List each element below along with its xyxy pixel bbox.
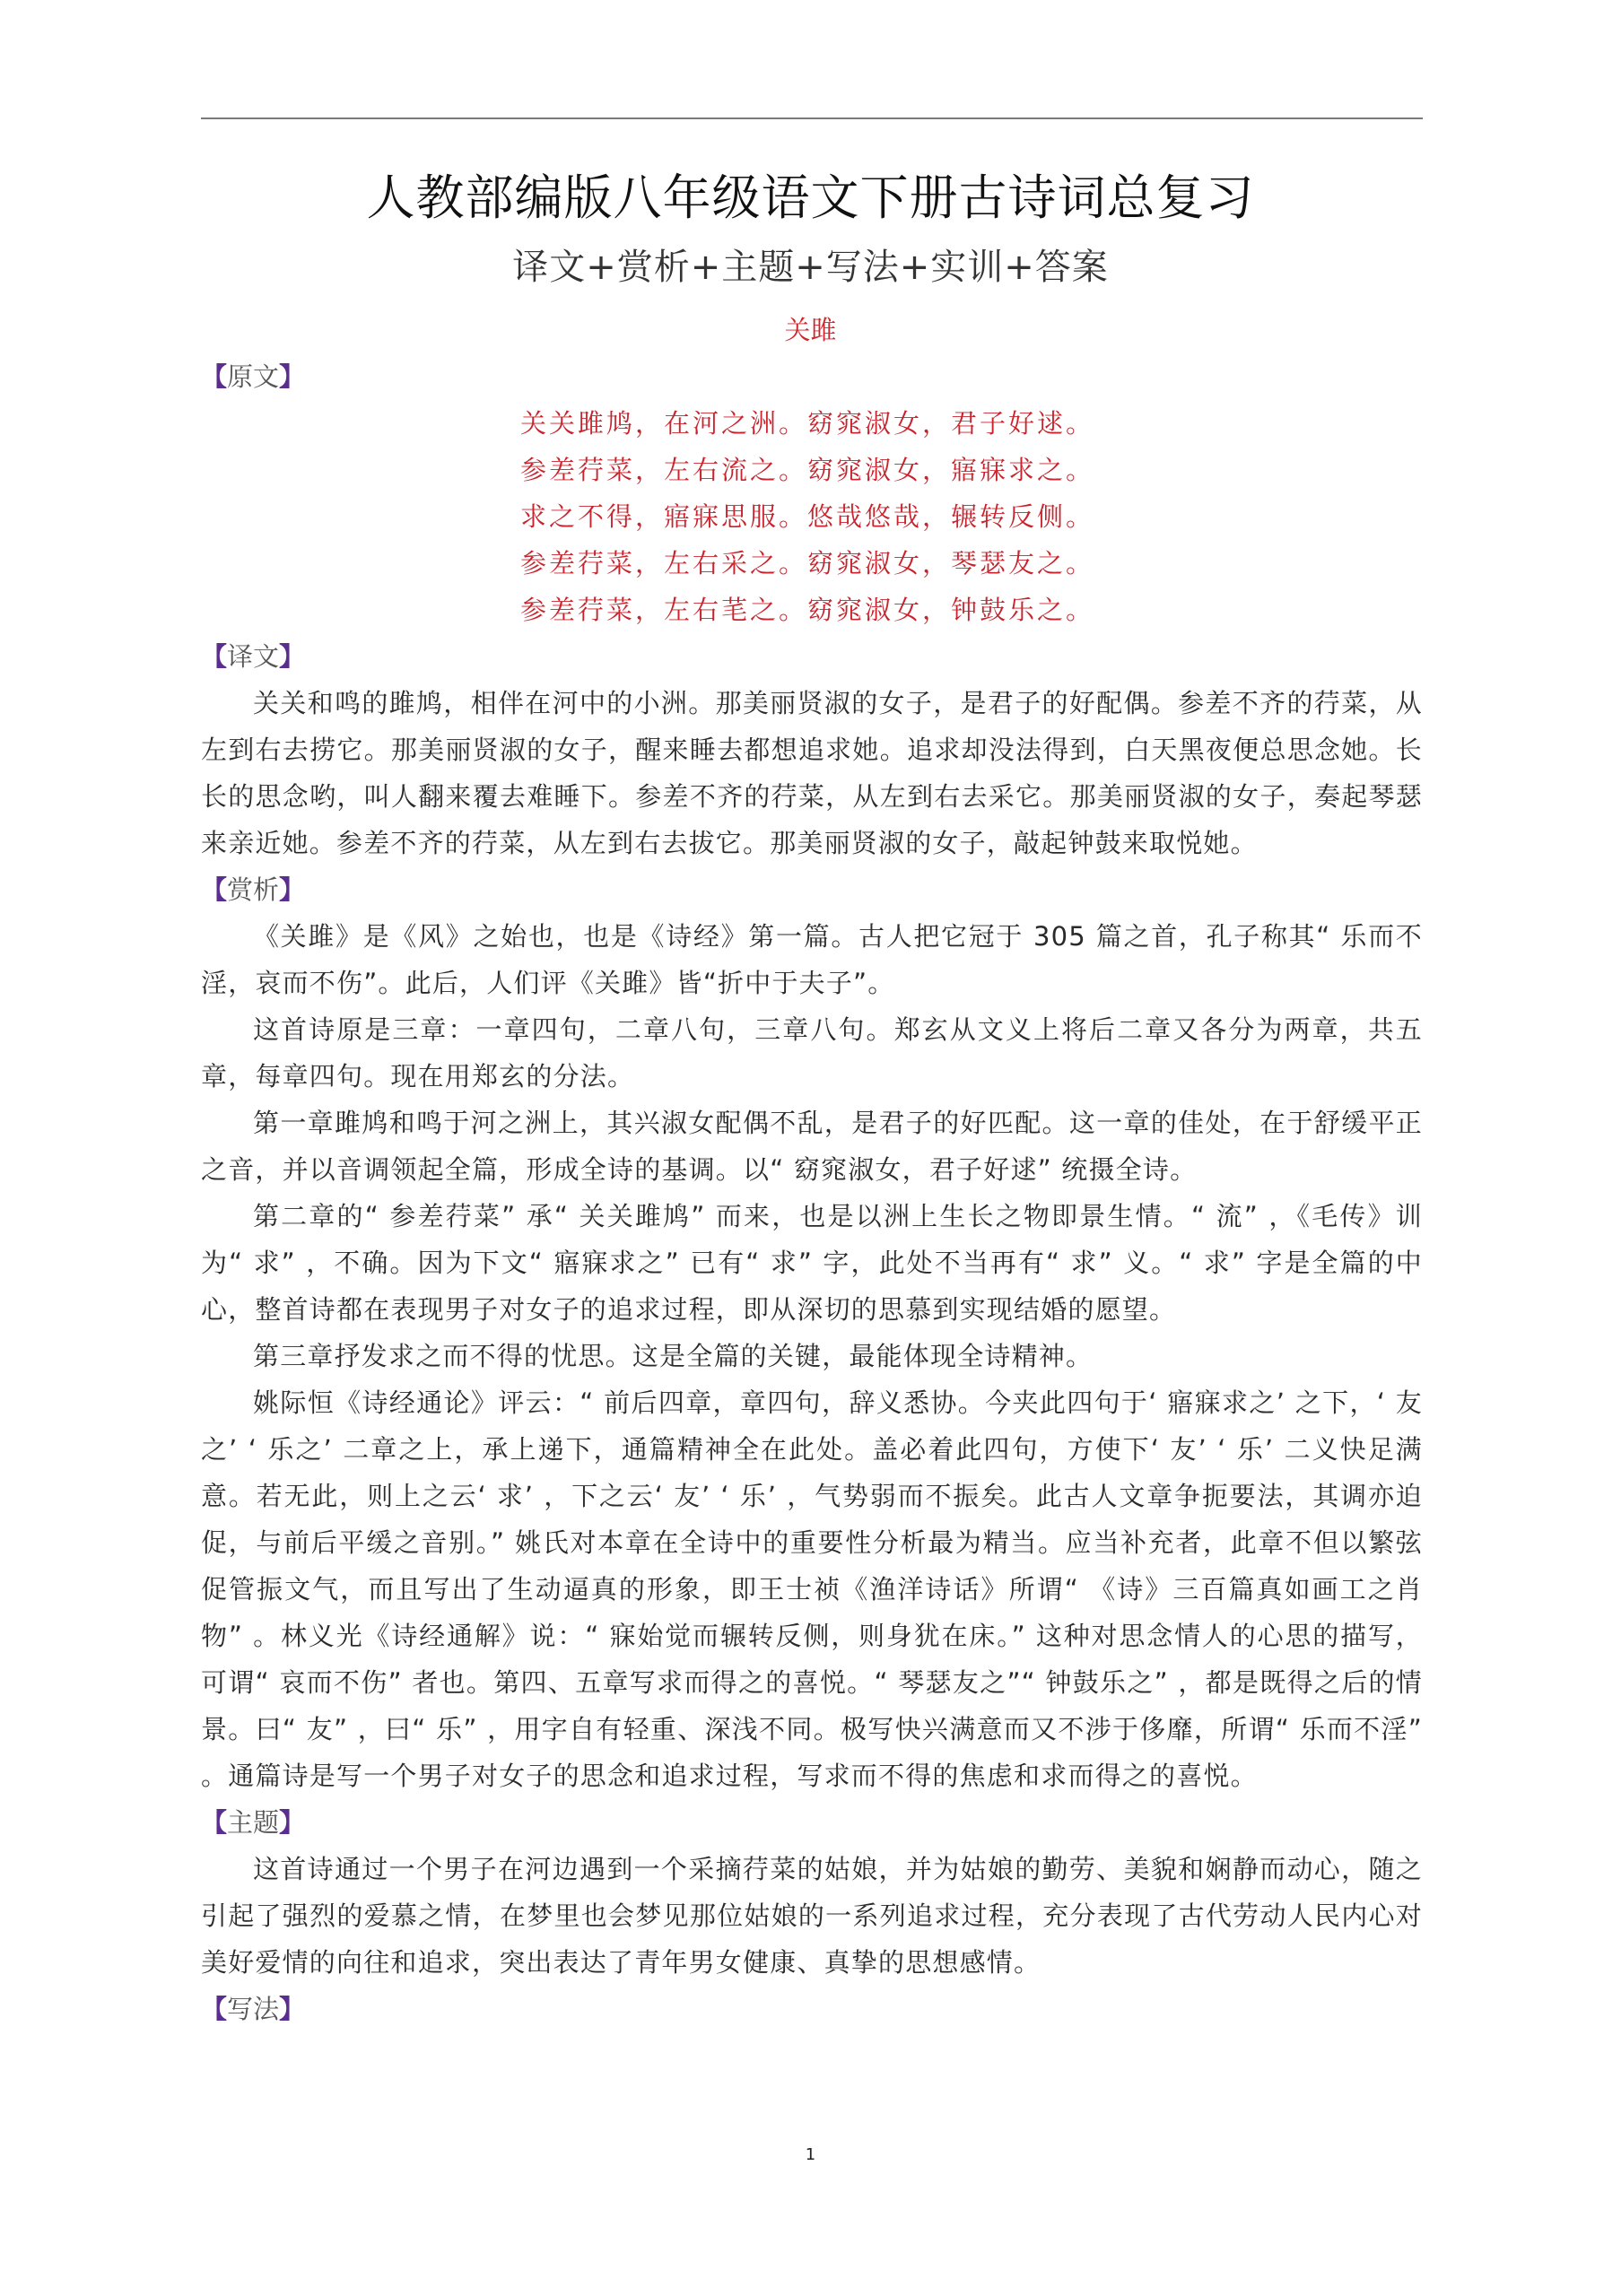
translation-paragraph: 关关和鸣的雎鸠，相伴在河中的小洲。那美丽贤淑的女子，是君子的好配偶。参差不齐的荇… [201, 680, 1423, 866]
theme-paragraph: 这首诗通过一个男子在河边遇到一个采摘荇菜的姑娘，并为姑娘的勤劳、美貌和娴静而动心… [201, 1846, 1423, 1986]
poem-text: 关关雎鸠，在河之洲。窈窕淑女，君子好逑。 参差荇菜，左右流之。窈窕淑女，寤寐求之… [201, 400, 1423, 633]
bracket-close: 】 [279, 361, 305, 392]
label-text: 原文 [227, 361, 279, 392]
label-text: 写法 [227, 1994, 279, 2024]
document-page: 人教部编版八年级语文下册古诗词总复习 译文+赏析+主题+写法+实训+答案 关雎 … [0, 0, 1621, 2296]
bracket-close: 】 [279, 1994, 305, 2024]
poem-line: 参差荇菜，左右芼之。窈窕淑女，钟鼓乐之。 [520, 587, 1423, 633]
label-text: 赏析 [227, 874, 279, 905]
bracket-close: 】 [279, 641, 305, 672]
appreciation-paragraph: 第一章雎鸠和鸣于河之洲上，其兴淑女配偶不乱，是君子的好匹配。这一章的佳处，在于舒… [201, 1100, 1423, 1193]
header-rule [201, 117, 1423, 119]
section-label-theme: 【主题】 [201, 1799, 1423, 1846]
section-label-translation: 【译文】 [201, 633, 1423, 680]
page-number: 1 [0, 2145, 1621, 2164]
poem-line: 参差荇菜，左右采之。窈窕淑女，琴瑟友之。 [520, 540, 1423, 587]
appreciation-paragraph: 姚际恒《诗经通论》评云：“ 前后四章，章四句，辞义悉协。今夹此四句于‘ 寤寐求之… [201, 1379, 1423, 1799]
poem-line: 关关雎鸠，在河之洲。窈窕淑女，君子好逑。 [520, 400, 1423, 447]
poem-title: 关雎 [0, 310, 1621, 347]
label-text: 主题 [227, 1807, 279, 1838]
bracket-open: 【 [201, 641, 227, 672]
bracket-open: 【 [201, 1807, 227, 1838]
section-label-appreciation: 【赏析】 [201, 866, 1423, 913]
appreciation-paragraph: 第二章的“ 参差荇菜” 承“ 关关雎鸠” 而来，也是以洲上生长之物即景生情。“ … [201, 1193, 1423, 1333]
appreciation-paragraph: 这首诗原是三章：一章四句，二章八句，三章八句。郑玄从文义上将后二章又各分为两章，… [201, 1006, 1423, 1100]
bracket-open: 【 [201, 1994, 227, 2024]
document-subtitle: 译文+赏析+主题+写法+实训+答案 [0, 239, 1621, 290]
label-text: 译文 [227, 641, 279, 672]
section-label-technique: 【写法】 [201, 1986, 1423, 2032]
section-label-original: 【原文】 [201, 353, 1423, 400]
document-title: 人教部编版八年级语文下册古诗词总复习 [0, 160, 1621, 229]
bracket-open: 【 [201, 874, 227, 905]
poem-line: 求之不得，寤寐思服。悠哉悠哉，辗转反侧。 [520, 493, 1423, 540]
document-body: 【原文】 关关雎鸠，在河之洲。窈窕淑女，君子好逑。 参差荇菜，左右流之。窈窕淑女… [201, 353, 1423, 2032]
bracket-close: 】 [279, 1807, 305, 1838]
poem-line: 参差荇菜，左右流之。窈窕淑女，寤寐求之。 [520, 447, 1423, 493]
bracket-close: 】 [279, 874, 305, 905]
appreciation-paragraph: 第三章抒发求之而不得的忧思。这是全篇的关键，最能体现全诗精神。 [201, 1333, 1423, 1379]
appreciation-paragraph: 《关雎》是《风》之始也，也是《诗经》第一篇。古人把它冠于 305 篇之首，孔子称… [201, 913, 1423, 1006]
bracket-open: 【 [201, 361, 227, 392]
